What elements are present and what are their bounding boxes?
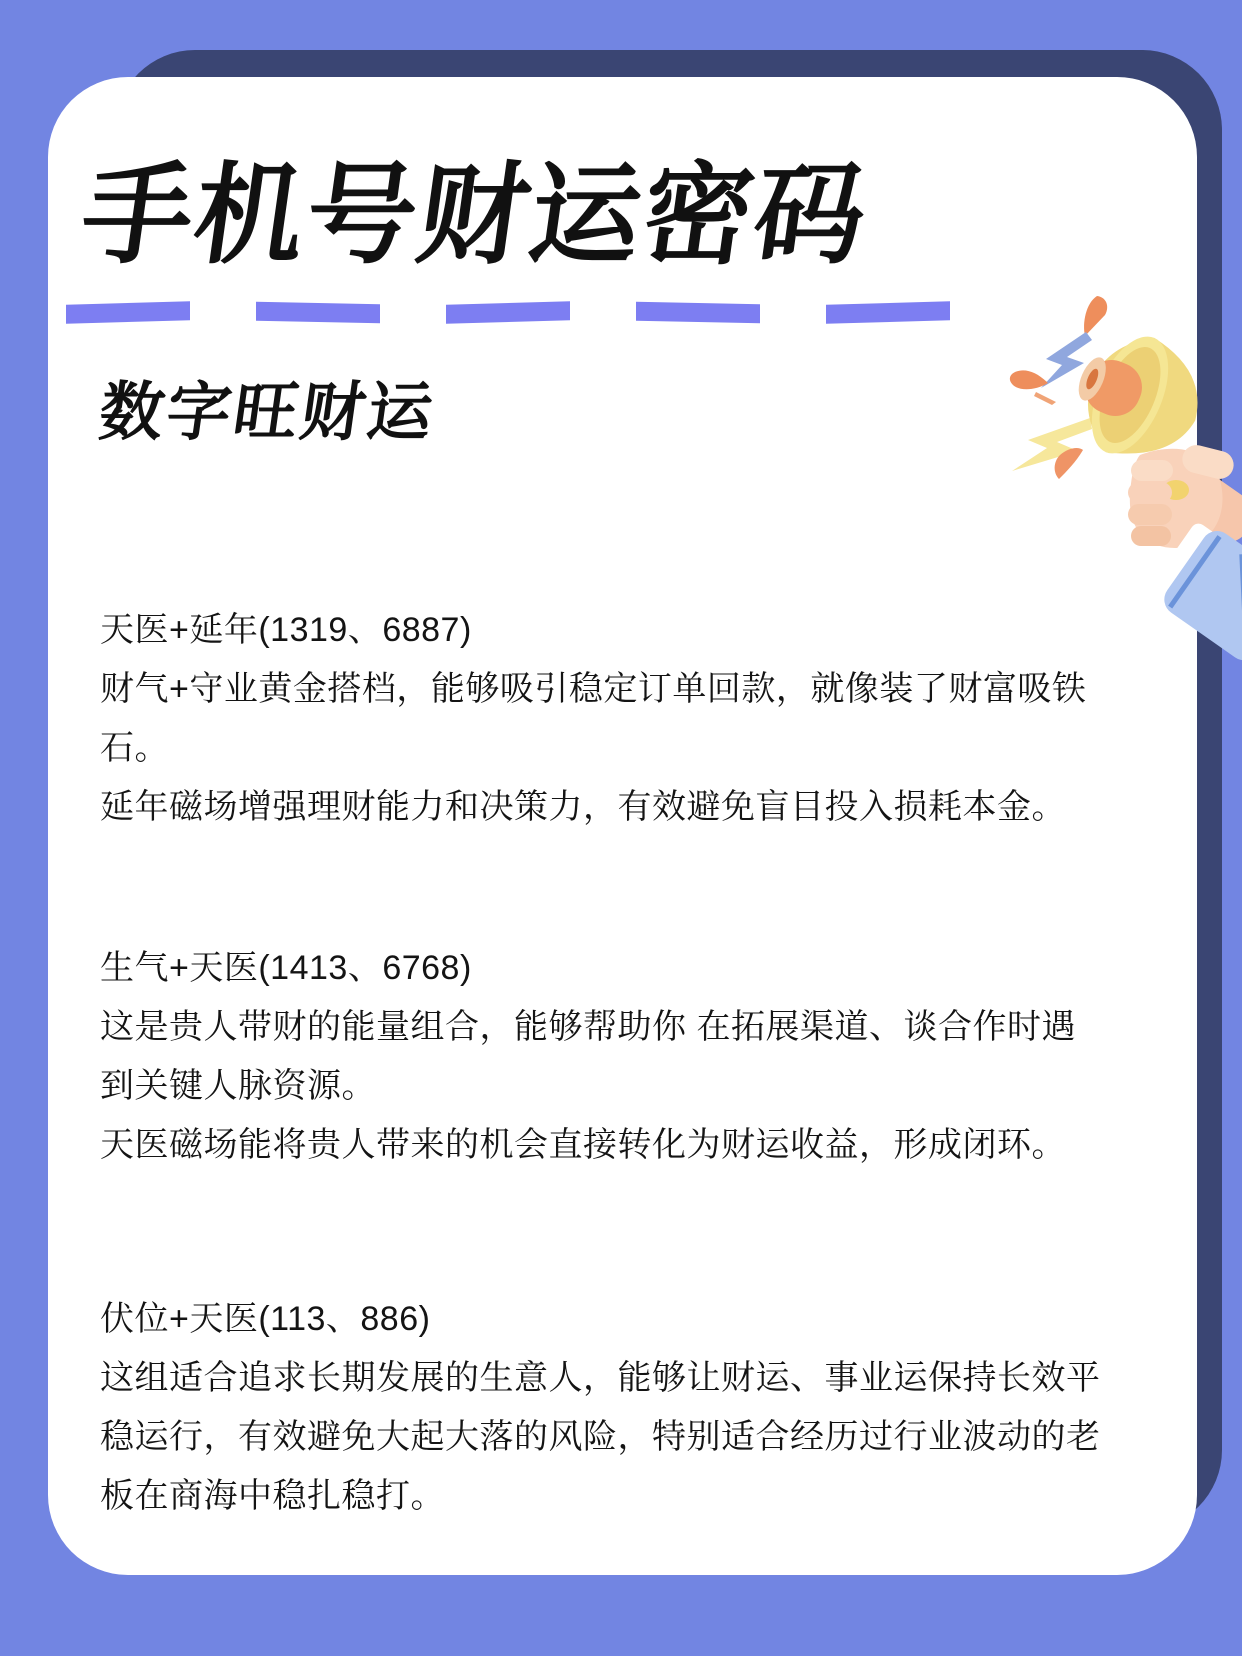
combo-text-line: 石。: [100, 719, 1157, 778]
combo-text-line: 到关键人脉资源。: [100, 1057, 1157, 1116]
title-underline: [66, 303, 950, 322]
spark-left-icon: [1010, 370, 1056, 405]
megaphone-illustration: [990, 290, 1242, 585]
combo-heading: 伏位+天医(113、886): [100, 1290, 1157, 1349]
body-text: 天医+延年(1319、6887) 财气+守业黄金搭档，能够吸引稳定订单回款，就像…: [100, 601, 1157, 1526]
underline-dash: [446, 301, 570, 323]
page-title: 手机号财运密码: [75, 161, 874, 271]
combo-text-line: 财气+守业黄金搭档，能够吸引稳定订单回款，就像装了财富吸铁: [100, 660, 1157, 719]
underline-dash: [826, 301, 950, 323]
combo-text-line: 天医磁场能将贵人带来的机会直接转化为财运收益，形成闭环。: [100, 1116, 1157, 1175]
combo-text-line: 延年磁场增强理财能力和决策力，有效避免盲目投入损耗本金。: [100, 778, 1157, 837]
combo-heading: 天医+延年(1319、6887): [100, 601, 1157, 660]
underline-dash: [256, 302, 380, 323]
poster-background: 手机号财运密码 数字旺财运 天医+延年(1319、6887) 财气+守业黄金搭档…: [0, 0, 1242, 1656]
combo-section-tianyi-yannian: 天医+延年(1319、6887) 财气+守业黄金搭档，能够吸引稳定订单回款，就像…: [100, 601, 1157, 837]
combo-text-line: 这是贵人带财的能量组合，能够帮助你 在拓展渠道、谈合作时遇: [100, 998, 1157, 1057]
underline-dash: [636, 302, 760, 323]
yellow-lightning-icon: [1012, 418, 1092, 471]
combo-text-line: 板在商海中稳扎稳打。: [100, 1467, 1157, 1526]
combo-section-shengqi-tianyi: 生气+天医(1413、6768) 这是贵人带财的能量组合，能够帮助你 在拓展渠道…: [100, 939, 1157, 1175]
spark-top-icon: [1084, 296, 1107, 336]
combo-heading: 生气+天医(1413、6768): [100, 939, 1157, 998]
combo-text-line: 这组适合追求长期发展的生意人，能够让财运、事业运保持长效平: [100, 1349, 1157, 1408]
page-subtitle: 数字旺财运: [95, 377, 440, 447]
underline-dash: [66, 301, 190, 323]
combo-text-line: 稳运行，有效避免大起大落的风险，特别适合经历过行业波动的老: [100, 1408, 1157, 1467]
combo-section-fuwei-tianyi: 伏位+天医(113、886) 这组适合追求长期发展的生意人，能够让财运、事业运保…: [100, 1290, 1157, 1526]
